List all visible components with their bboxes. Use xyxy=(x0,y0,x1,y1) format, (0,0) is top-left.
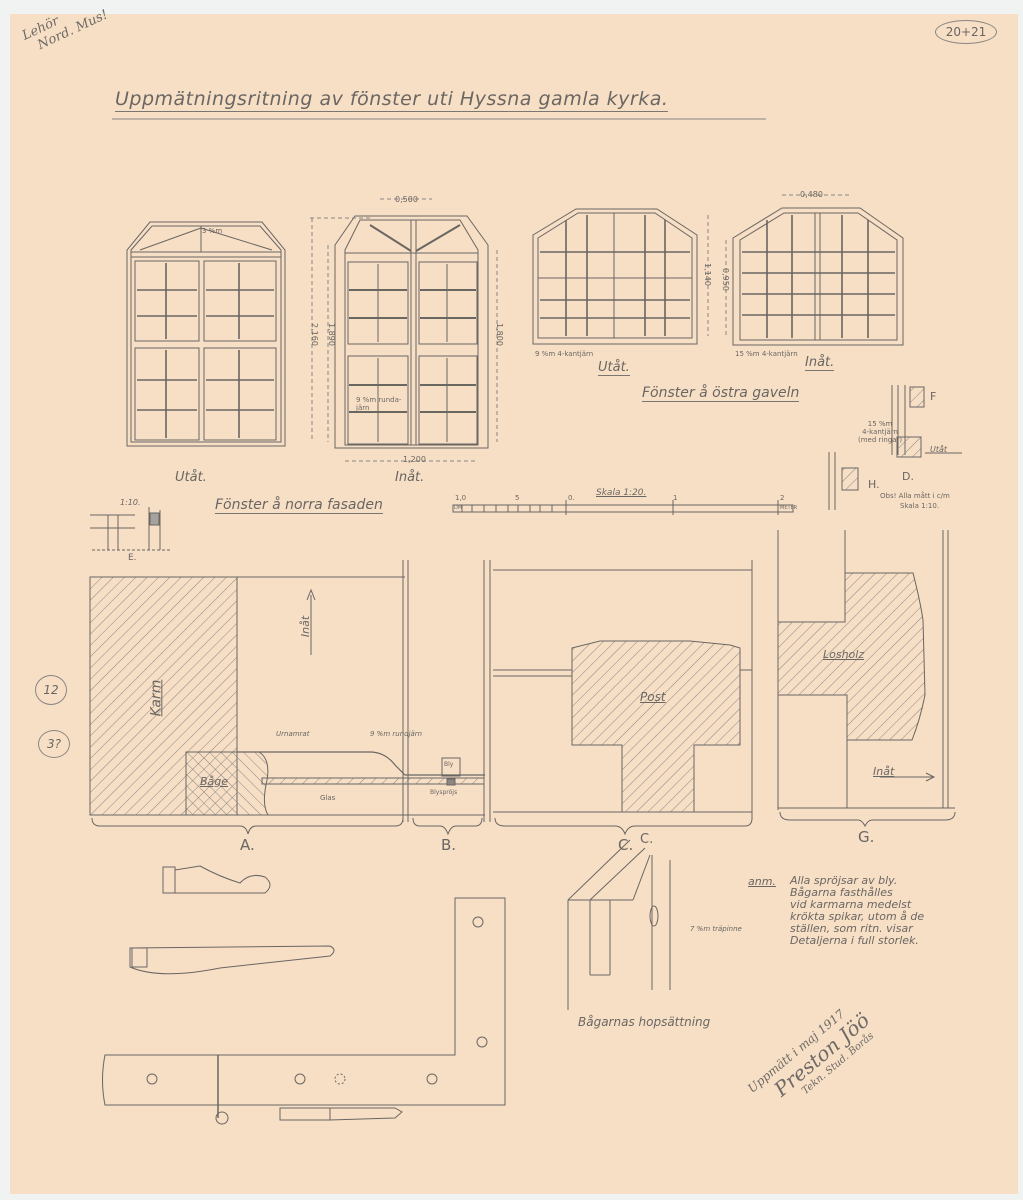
scale-tick-0: 0. xyxy=(568,494,575,502)
east-outside-label: Utåt. xyxy=(598,360,630,376)
bar-note: 15 %m 4-kantjärn (med ringar) xyxy=(858,420,902,444)
joint-caption: Bågarnas hopsättning xyxy=(578,1015,710,1029)
section-h-label: H. xyxy=(868,478,880,491)
direction-utat: Utåt xyxy=(930,445,947,454)
east-dim-height: 1,140 xyxy=(703,263,712,286)
detail-e-left xyxy=(90,507,170,550)
detail-scale: Skala 1:10. xyxy=(900,502,939,510)
east-dim-top-width: 0,480 xyxy=(800,190,823,199)
scale-tick-2: 2 xyxy=(780,494,784,502)
margin-mark-12: 12 xyxy=(35,675,67,705)
bracket-label-g: G. xyxy=(858,828,874,846)
page-title: Uppmätningsritning av fönster uti Hyssna… xyxy=(115,88,668,112)
scale-title: Skala 1:20. xyxy=(596,488,646,498)
north-inside-label: Inåt. xyxy=(395,470,424,485)
north-caption: Fönster å norra fasaden xyxy=(215,497,383,514)
east-inside-label: Inåt. xyxy=(805,355,834,371)
label-losholz: Losholz xyxy=(823,648,864,661)
label-karm: Karm xyxy=(148,680,164,717)
label-inat-g: Inåt xyxy=(873,765,894,778)
scale-unit-meter: METER xyxy=(780,505,797,511)
bracket-label-c: C. xyxy=(618,836,633,854)
dim-height-2: 1,800 xyxy=(495,323,504,346)
remarks: Alla spröjsar av bly. Bågarna fasthålles… xyxy=(790,875,924,947)
east-caption: Fönster å östra gaveln xyxy=(642,385,799,402)
scale-unit-dm: DM xyxy=(454,505,462,511)
scale-tick-10: 1,0 xyxy=(455,494,466,502)
label-blysprojs: Blyspröjs xyxy=(430,789,457,796)
east-outside-bar: 9 %m 4-kantjärn xyxy=(535,350,593,358)
remarks-heading: anm. xyxy=(748,875,776,888)
small-detail-scale: 1:10. xyxy=(120,498,141,507)
scale-tick-1: 1 xyxy=(673,494,677,502)
east-window-inside xyxy=(708,195,903,345)
north-window-outside xyxy=(127,222,285,446)
section-d-label: D. xyxy=(902,470,914,483)
hinge-drawings xyxy=(103,866,506,1124)
label-glas: Glas xyxy=(320,794,335,802)
direction-inat-vertical: Inåt xyxy=(299,616,312,637)
rod-note: 9 %m runda-järn xyxy=(356,396,406,412)
scale-bar xyxy=(453,500,793,515)
obs-note: Obs! Alla mått i c/m xyxy=(880,492,950,500)
section-g xyxy=(778,530,955,826)
scale-tick-5: 5 xyxy=(515,494,519,502)
section-c xyxy=(493,560,752,834)
north-outside-label: Utåt. xyxy=(175,470,207,485)
east-window-outside xyxy=(533,209,697,344)
dim-total-height: 2,160 xyxy=(310,323,319,346)
bracket-label-a: A. xyxy=(240,836,255,854)
east-dim-height-1: 0,950 xyxy=(721,268,730,291)
north-window-inside xyxy=(310,199,497,461)
label-post: Post xyxy=(640,690,666,704)
muntin-note: 3 %m xyxy=(202,227,222,235)
dim-height-1: 1,890 xyxy=(327,323,336,346)
dim-top-width: 0,500 xyxy=(395,195,418,204)
margin-mark-3: 3? xyxy=(38,730,70,758)
east-inside-bar: 15 %m 4-kantjärn xyxy=(735,350,798,358)
section-f-label: F xyxy=(930,390,936,403)
label-bly: Bly xyxy=(444,761,453,768)
pin-note: 7 %m träpinne xyxy=(690,925,742,933)
label-urnamrat: Urnamrat xyxy=(276,730,309,738)
sheet-number: 20+21 xyxy=(935,20,997,44)
label-bage: Båge xyxy=(200,775,228,788)
bracket-label-b: B. xyxy=(441,836,456,854)
label-rundjarn: 9 %m rundjärn xyxy=(370,730,422,738)
small-detail-section: E. xyxy=(128,553,137,563)
joint-detail xyxy=(568,840,670,1010)
dim-width: 1,200 xyxy=(403,455,426,464)
joint-label: C. xyxy=(640,832,653,847)
